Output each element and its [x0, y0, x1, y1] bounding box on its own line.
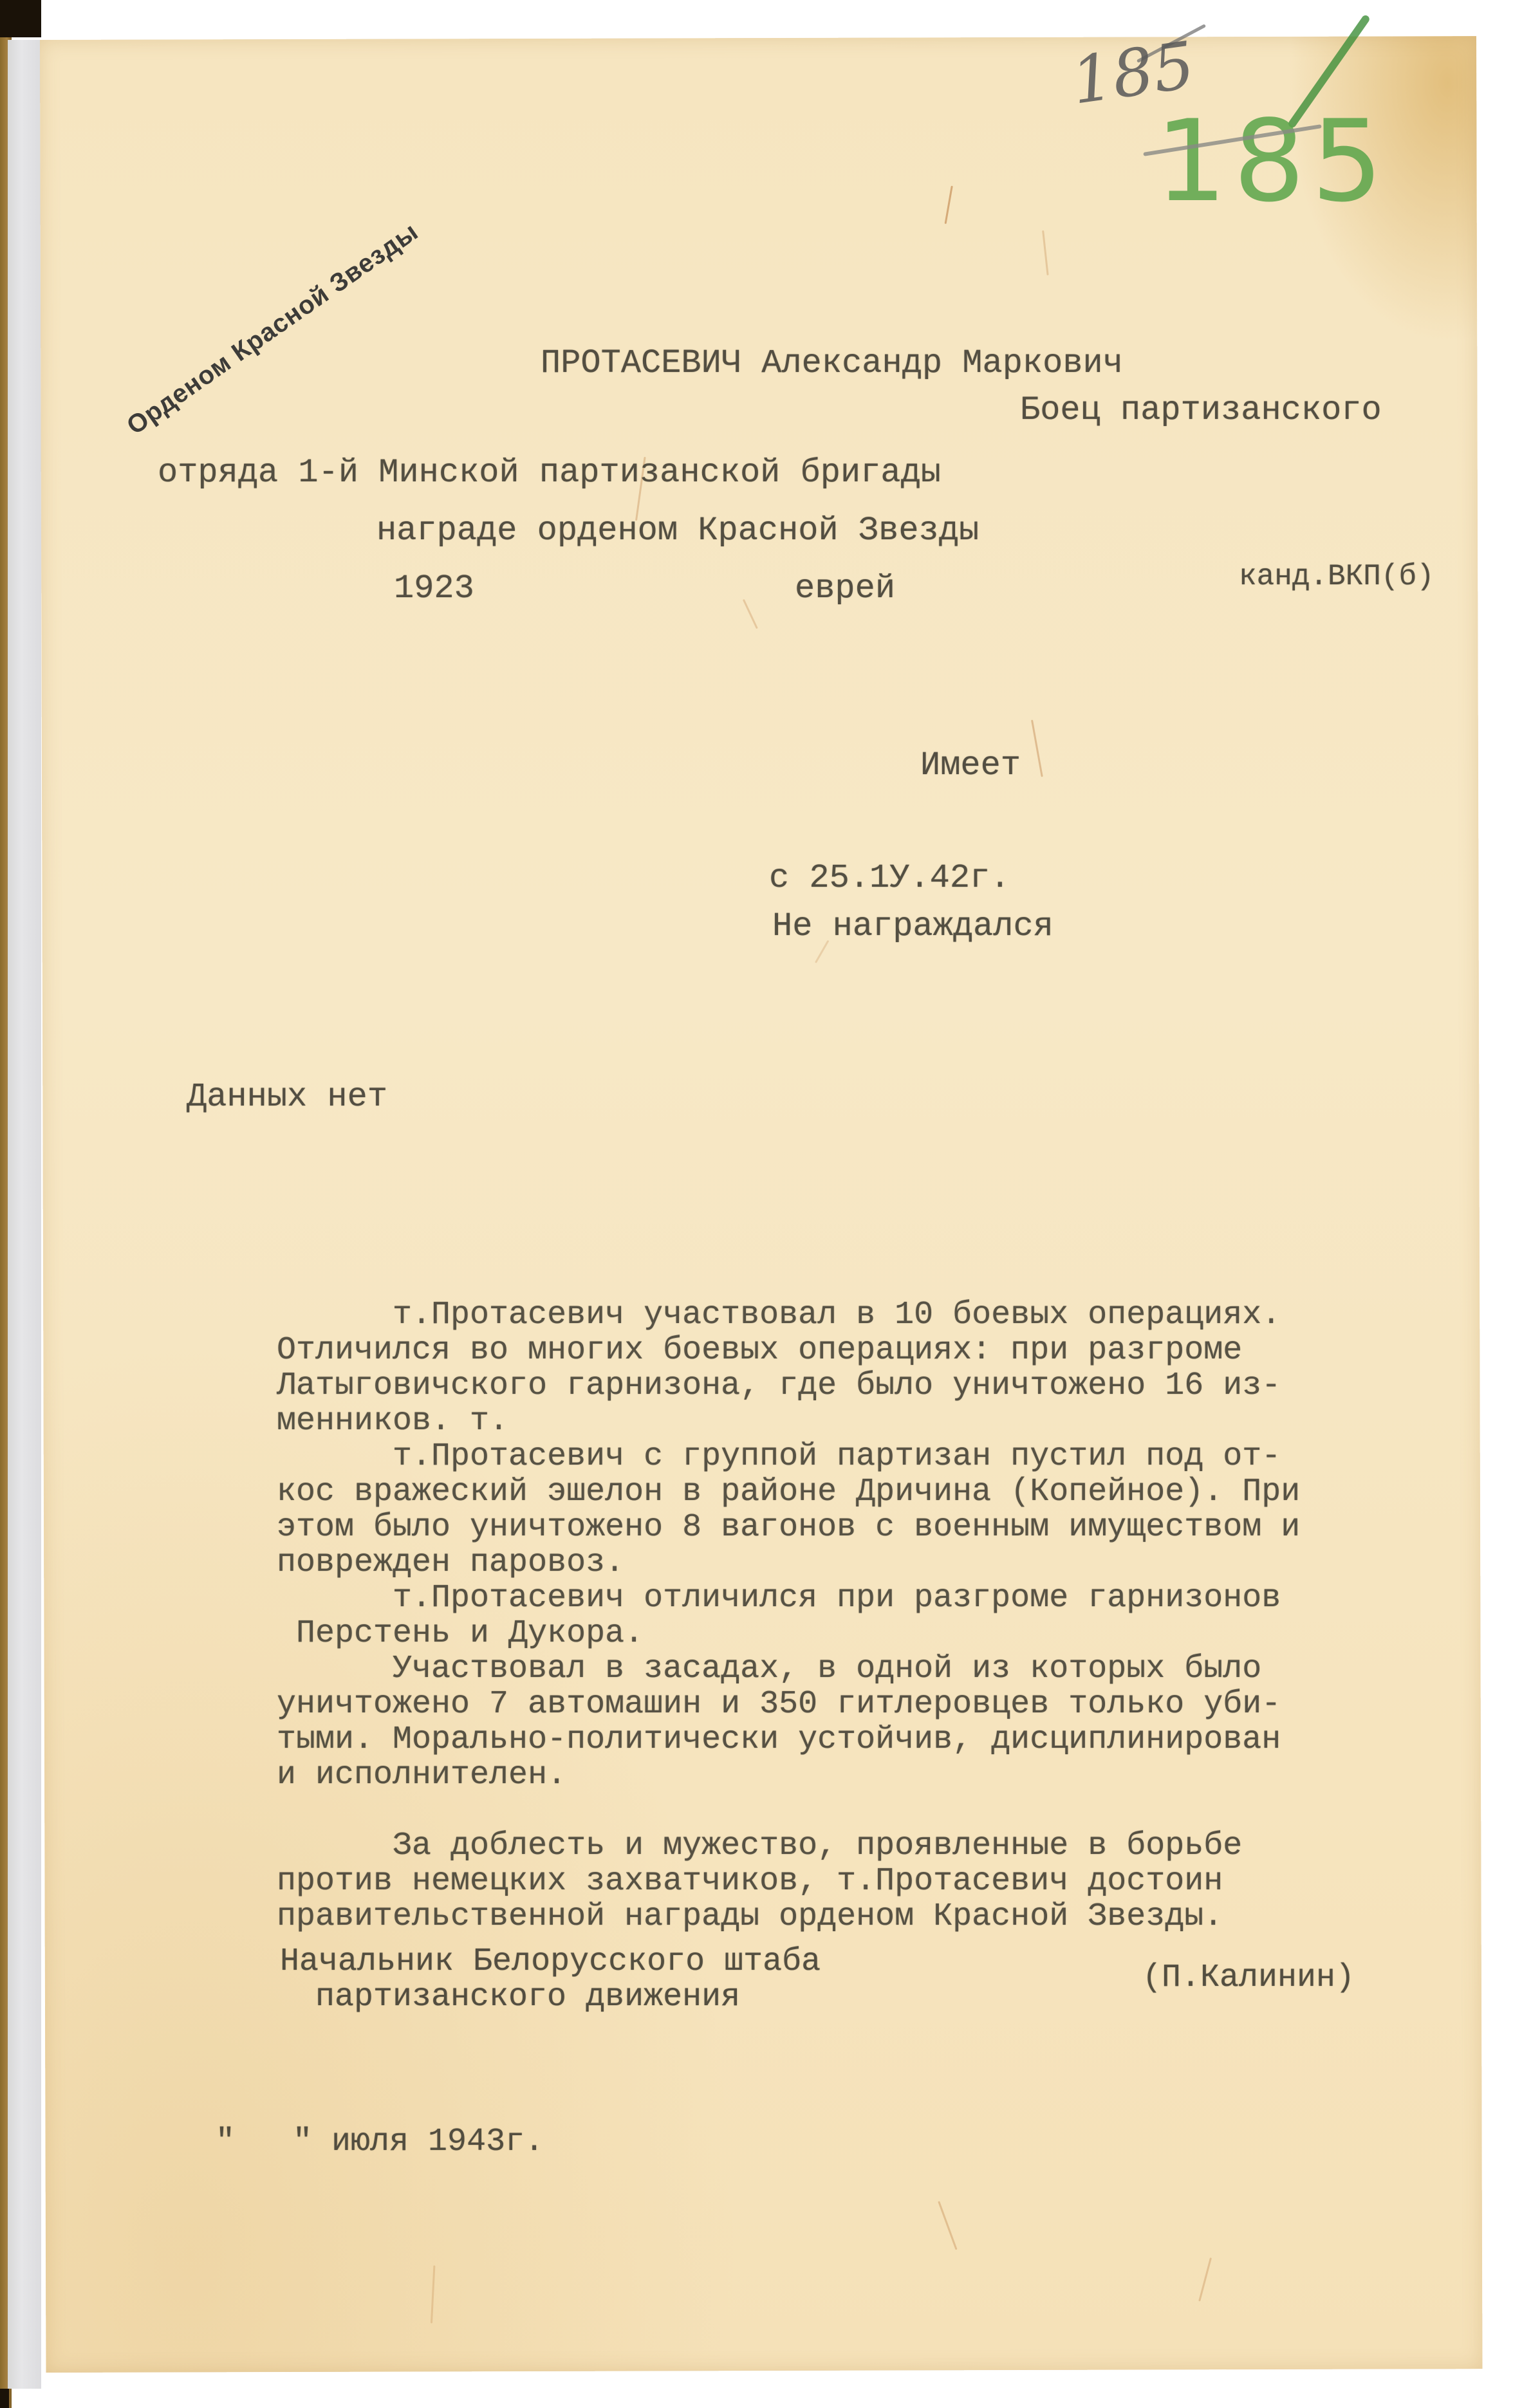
- award-nomination: награде орденом Красной Звезды: [376, 512, 979, 550]
- document-date: " " июля 1943г.: [216, 2124, 544, 2160]
- scanner-corner-top: [0, 0, 41, 37]
- paper-fiber: [1198, 2257, 1212, 2301]
- previous-awards: Не награждался: [772, 907, 1054, 945]
- signatory-name: (П.Калинин): [1142, 1959, 1355, 1996]
- binding-strip: [8, 40, 41, 2389]
- citation-line: и исполнителен.: [277, 1757, 1409, 1793]
- position-line-2: отряда 1-й Минской партизанской бригады: [158, 454, 941, 492]
- no-data-field: Данных нет: [187, 1078, 387, 1116]
- citation-line: Участвовал в засадах, в одной из которых…: [277, 1651, 1409, 1687]
- paper-fiber: [945, 185, 953, 224]
- citation-body: т.Протасевич участвовал в 10 боевых опер…: [277, 1297, 1409, 1934]
- citation-line: менников. т.: [277, 1403, 1409, 1439]
- citation-line: поврежден паровоз.: [277, 1545, 1409, 1580]
- party-membership: канд.ВКП(б): [1239, 560, 1434, 593]
- citation-line: т.Протасевич с группой партизан пустил п…: [277, 1439, 1409, 1474]
- signatory-title-1: Начальник Белорусского штаба: [280, 1943, 821, 1980]
- paper-fiber: [1042, 230, 1048, 275]
- service-since: с 25.1У.42г.: [769, 859, 1010, 897]
- green-page-number: 185: [1155, 97, 1389, 227]
- position-line-1: Боец партизанского: [1020, 391, 1382, 429]
- signatory-title-2: партизанского движения: [315, 1979, 740, 2015]
- citation-line: Отличился во многих боевых операциях: пр…: [277, 1333, 1409, 1368]
- paper-fiber: [938, 2201, 957, 2250]
- nationality: еврей: [795, 570, 895, 607]
- citation-line: уничтожено 7 автомашин и 350 гитлеровцев…: [277, 1687, 1409, 1722]
- citation-line: т.Протасевич участвовал в 10 боевых опер…: [277, 1297, 1409, 1333]
- person-name: ПРОТАСЕВИЧ Александр Маркович: [541, 344, 1123, 382]
- citation-line: За доблесть и мужество, проявленные в бо…: [277, 1828, 1409, 1864]
- birth-year: 1923: [394, 570, 474, 607]
- citation-line: правительственной награды орденом Красно…: [277, 1899, 1409, 1934]
- scanner-corner-bottom: [0, 2389, 9, 2408]
- citation-line: Перстень и Дукора.: [277, 1616, 1409, 1651]
- citation-line: т.Протасевич отличился при разгроме гарн…: [277, 1580, 1409, 1616]
- paper-fiber: [431, 2265, 435, 2323]
- citation-line: Латыговичского гарнизона, где было уничт…: [277, 1368, 1409, 1403]
- has-label: Имеет: [920, 746, 1021, 784]
- citation-line: [277, 1793, 1409, 1828]
- paper-fiber: [1031, 719, 1043, 777]
- citation-line: тыми. Морально-политически устойчив, дис…: [277, 1722, 1409, 1757]
- paper-fiber: [743, 599, 758, 629]
- citation-line: этом было уничтожено 8 вагонов с военным…: [277, 1510, 1409, 1545]
- document-page: [40, 36, 1482, 2373]
- citation-line: кос вражеский эшелон в районе Дричина (К…: [277, 1474, 1409, 1510]
- citation-line: против немецких захватчиков, т.Протасеви…: [277, 1864, 1409, 1899]
